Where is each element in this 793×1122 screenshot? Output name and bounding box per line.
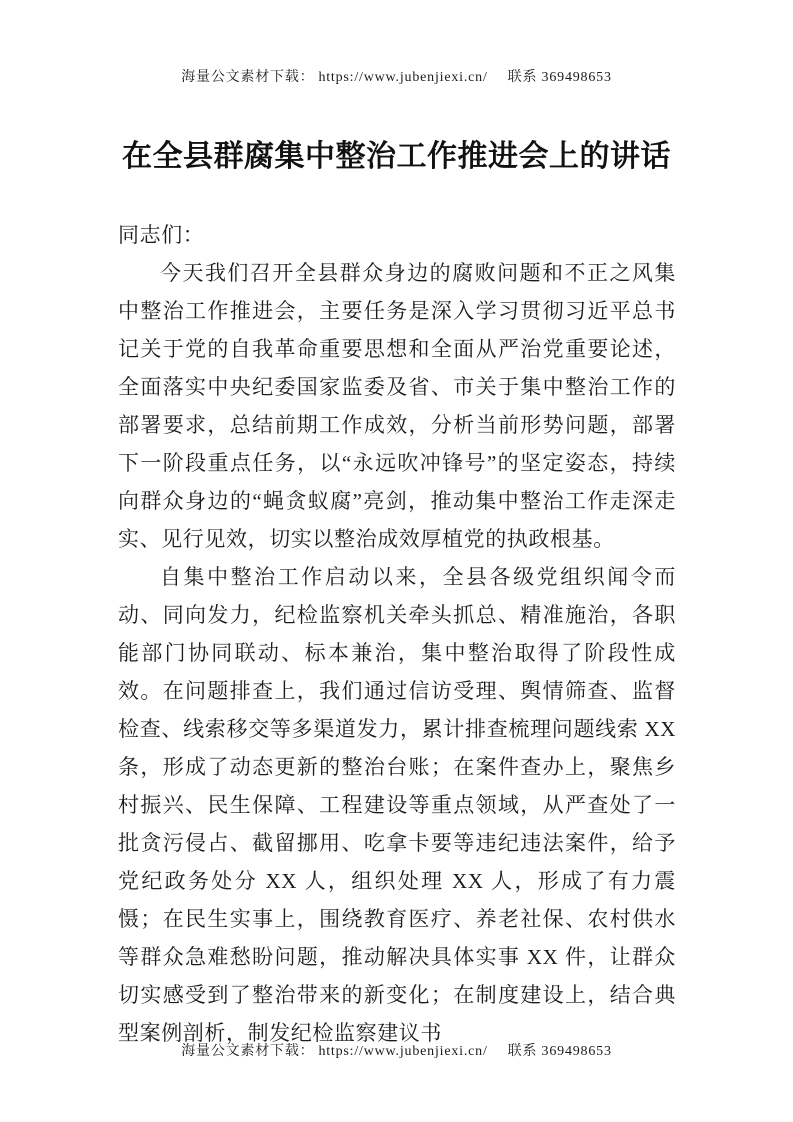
- footer-contact: 联系 369498653: [508, 1044, 612, 1059]
- document-body: 同志们： 今天我们召开全县群众身边的腐败问题和不正之风集中整治工作推进会，主要任…: [118, 216, 676, 1052]
- page-header: 海量公文素材下载：https://www.jubenjiexi.cn/联系 36…: [0, 66, 793, 86]
- page-footer: 海量公文素材下载：https://www.jubenjiexi.cn/联系 36…: [0, 1040, 793, 1060]
- paragraph-1: 今天我们召开全县群众身边的腐败问题和不正之风集中整治工作推进会，主要任务是深入学…: [118, 254, 676, 558]
- header-label: 海量公文素材下载：: [181, 70, 314, 85]
- header-contact: 联系 369498653: [508, 70, 612, 85]
- salutation: 同志们：: [118, 216, 676, 254]
- document-page: 海量公文素材下载：https://www.jubenjiexi.cn/联系 36…: [0, 0, 793, 1122]
- footer-url: https://www.jubenjiexi.cn/: [318, 1044, 487, 1059]
- paragraph-2: 自集中整治工作启动以来，全县各级党组织闻令而动、同向发力，纪检监察机关牵头抓总、…: [118, 558, 676, 1052]
- header-url: https://www.jubenjiexi.cn/: [318, 70, 487, 85]
- document-title: 在全县群腐集中整治工作推进会上的讲话: [0, 131, 793, 175]
- footer-label: 海量公文素材下载：: [181, 1044, 314, 1059]
